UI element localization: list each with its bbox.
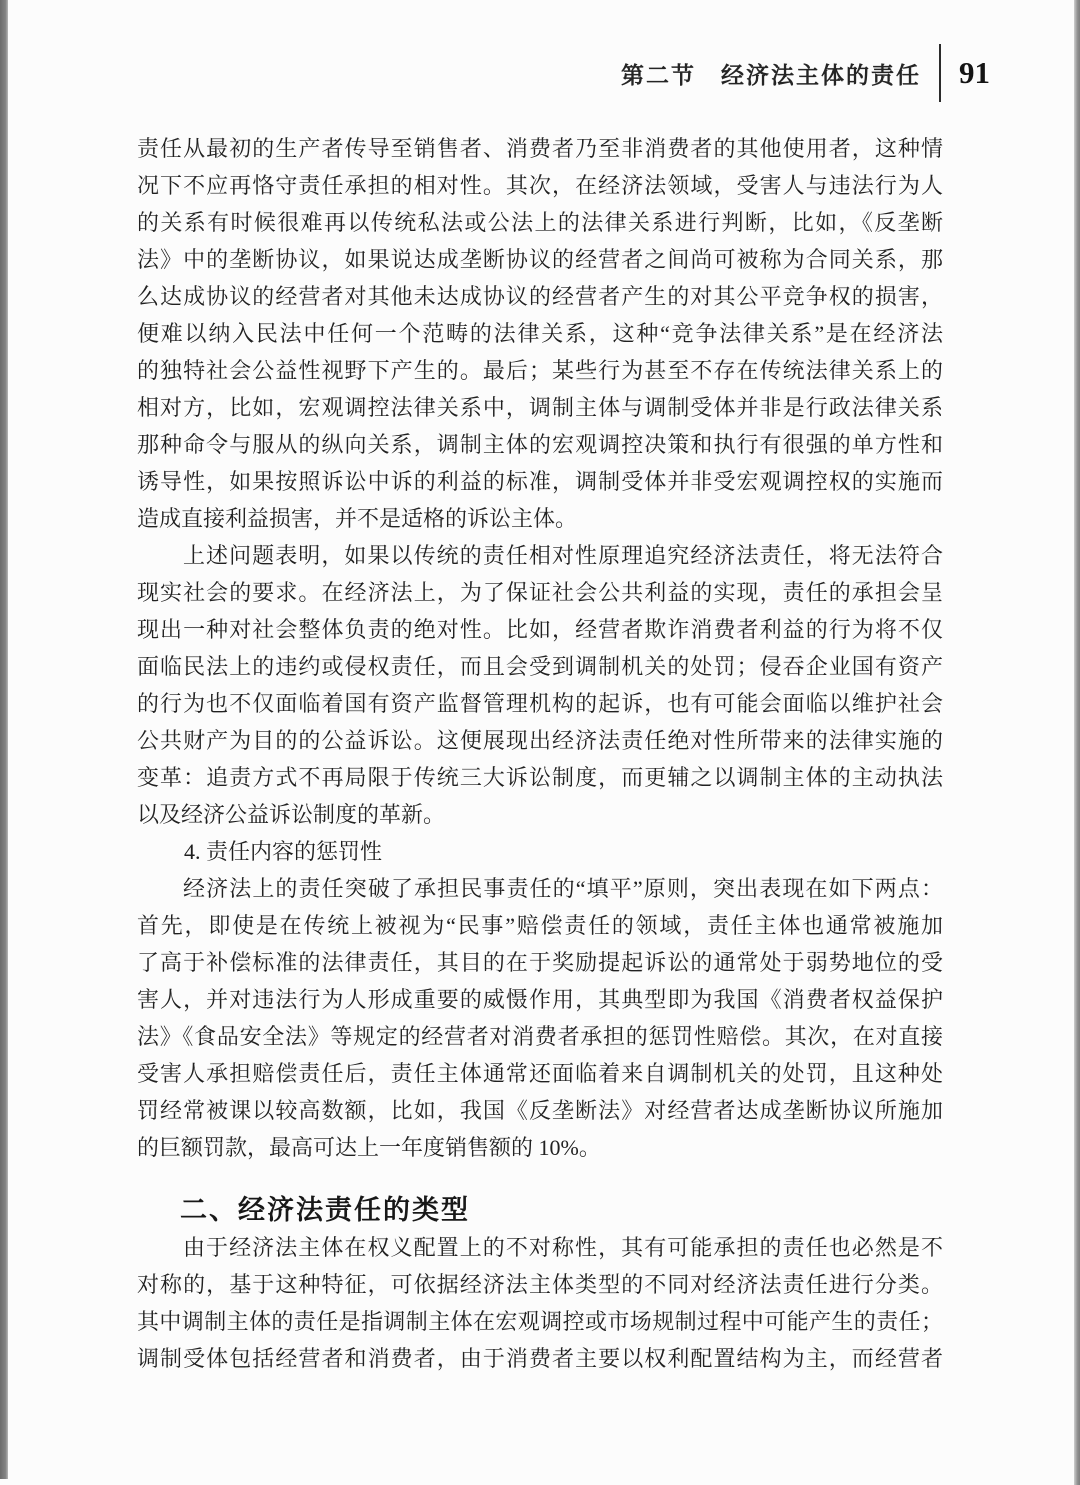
text-line: 责任从最初的生产者传导至销售者、消费者乃至非消费者的其他使用者，这种情 [137, 130, 943, 167]
text-line: 现出一种对社会整体负责的绝对性。比如，经营者欺诈消费者利益的行为将不仅 [137, 611, 943, 648]
page-right-edge [1074, 0, 1080, 1485]
text-line: 首先，即使是在传统上被视为“民事”赔偿责任的领域，责任主体也通常被施加 [137, 907, 943, 944]
text-line: 诱导性，如果按照诉讼中诉的利益的标准，调制受体并非受宏观调控权的实施而 [137, 463, 943, 500]
text-line: 法》《食品安全法》等规定的经营者对消费者承担的惩罚性赔偿。其次，在对直接 [137, 1018, 943, 1055]
section-header-title: 第二节 经济法主体的责任 [621, 57, 921, 90]
text-line: 公共财产为目的的公益诉讼。这便展现出经济法责任绝对性所带来的法律实施的 [137, 722, 943, 759]
running-header: 第二节 经济法主体的责任 91 [621, 44, 990, 102]
text-line: 以及经济公益诉讼制度的革新。 [137, 796, 943, 833]
text-line: 害人，并对违法行为人形成重要的威慑作用，其典型即为我国《消费者权益保护 [137, 981, 943, 1018]
numbered-subheading: 4. 责任内容的惩罚性 [137, 833, 943, 870]
text-line: 的独特社会公益性视野下产生的。最后；某些行为甚至不存在传统法律关系上的 [137, 352, 943, 389]
page-binding-edge [0, 0, 8, 1479]
text-line: 的巨额罚款，最高可达上一年度销售额的 10%。 [137, 1129, 943, 1166]
text-line: 那种命令与服从的纵向关系，调制主体的宏观调控决策和执行有很强的单方性和 [137, 426, 943, 463]
text-line: 调制受体包括经营者和消费者，由于消费者主要以权利配置结构为主，而经营者 [137, 1340, 943, 1377]
text-line: 么达成协议的经营者对其他未达成协议的经营者产生的对其公平竞争权的损害， [137, 278, 943, 315]
section-heading: 二、经济法责任的类型 [137, 1192, 943, 1229]
header-divider-line [939, 44, 941, 102]
text-line: 经济法上的责任突破了承担民事责任的“填平”原则，突出表现在如下两点： [137, 870, 943, 907]
paragraph-1: 责任从最初的生产者传导至销售者、消费者乃至非消费者的其他使用者，这种情 况下不应… [137, 130, 943, 537]
text-line: 的行为也不仅面临着国有资产监督管理机构的起诉，也有可能会面临以维护社会 [137, 685, 943, 722]
text-line: 对称的，基于这种特征，可依据经济法主体类型的不同对经济法责任进行分类。 [137, 1266, 943, 1303]
paragraph-3: 经济法上的责任突破了承担民事责任的“填平”原则，突出表现在如下两点： 首先，即使… [137, 870, 943, 1166]
text-line: 况下不应再恪守责任承担的相对性。其次，在经济法领域，受害人与违法行为人 [137, 167, 943, 204]
page-number: 91 [959, 55, 990, 91]
text-line: 变革：追责方式不再局限于传统三大诉讼制度，而更辅之以调制主体的主动执法 [137, 759, 943, 796]
text-line: 上述问题表明，如果以传统的责任相对性原理追究经济法责任，将无法符合 [137, 537, 943, 574]
text-line: 相对方，比如，宏观调控法律关系中，调制主体与调制受体并非是行政法律关系 [137, 389, 943, 426]
text-line: 由于经济法主体在权义配置上的不对称性，其有可能承担的责任也必然是不 [137, 1229, 943, 1266]
text-line: 现实社会的要求。在经济法上，为了保证社会公共利益的实现，责任的承担会呈 [137, 574, 943, 611]
book-page: 第二节 经济法主体的责任 91 责任从最初的生产者传导至销售者、消费者乃至非消费… [0, 0, 1080, 1485]
text-line: 便难以纳入民法中任何一个范畴的法律关系，这种“竞争法律关系”是在经济法 [137, 315, 943, 352]
text-line: 其中调制主体的责任是指调制主体在宏观调控或市场规制过程中可能产生的责任； [137, 1303, 943, 1340]
text-line: 罚经常被课以较高数额，比如，我国《反垄断法》对经营者达成垄断协议所施加 [137, 1092, 943, 1129]
text-line: 法》中的垄断协议，如果说达成垄断协议的经营者之间尚可被称为合同关系，那 [137, 241, 943, 278]
text-line: 造成直接利益损害，并不是适格的诉讼主体。 [137, 500, 943, 537]
text-line: 受害人承担赔偿责任后，责任主体通常还面临着来自调制机关的处罚，且这种处 [137, 1055, 943, 1092]
text-line: 面临民法上的违约或侵权责任，而且会受到调制机关的处罚；侵吞企业国有资产 [137, 648, 943, 685]
body-text: 责任从最初的生产者传导至销售者、消费者乃至非消费者的其他使用者，这种情 况下不应… [137, 130, 943, 1377]
text-line: 的关系有时候很难再以传统私法或公法上的法律关系进行判断，比如，《反垄断 [137, 204, 943, 241]
text-line: 了高于补偿标准的法律责任，其目的在于奖励提起诉讼的通常处于弱势地位的受 [137, 944, 943, 981]
paragraph-2: 上述问题表明，如果以传统的责任相对性原理追究经济法责任，将无法符合 现实社会的要… [137, 537, 943, 833]
paragraph-4: 由于经济法主体在权义配置上的不对称性，其有可能承担的责任也必然是不 对称的，基于… [137, 1229, 943, 1377]
